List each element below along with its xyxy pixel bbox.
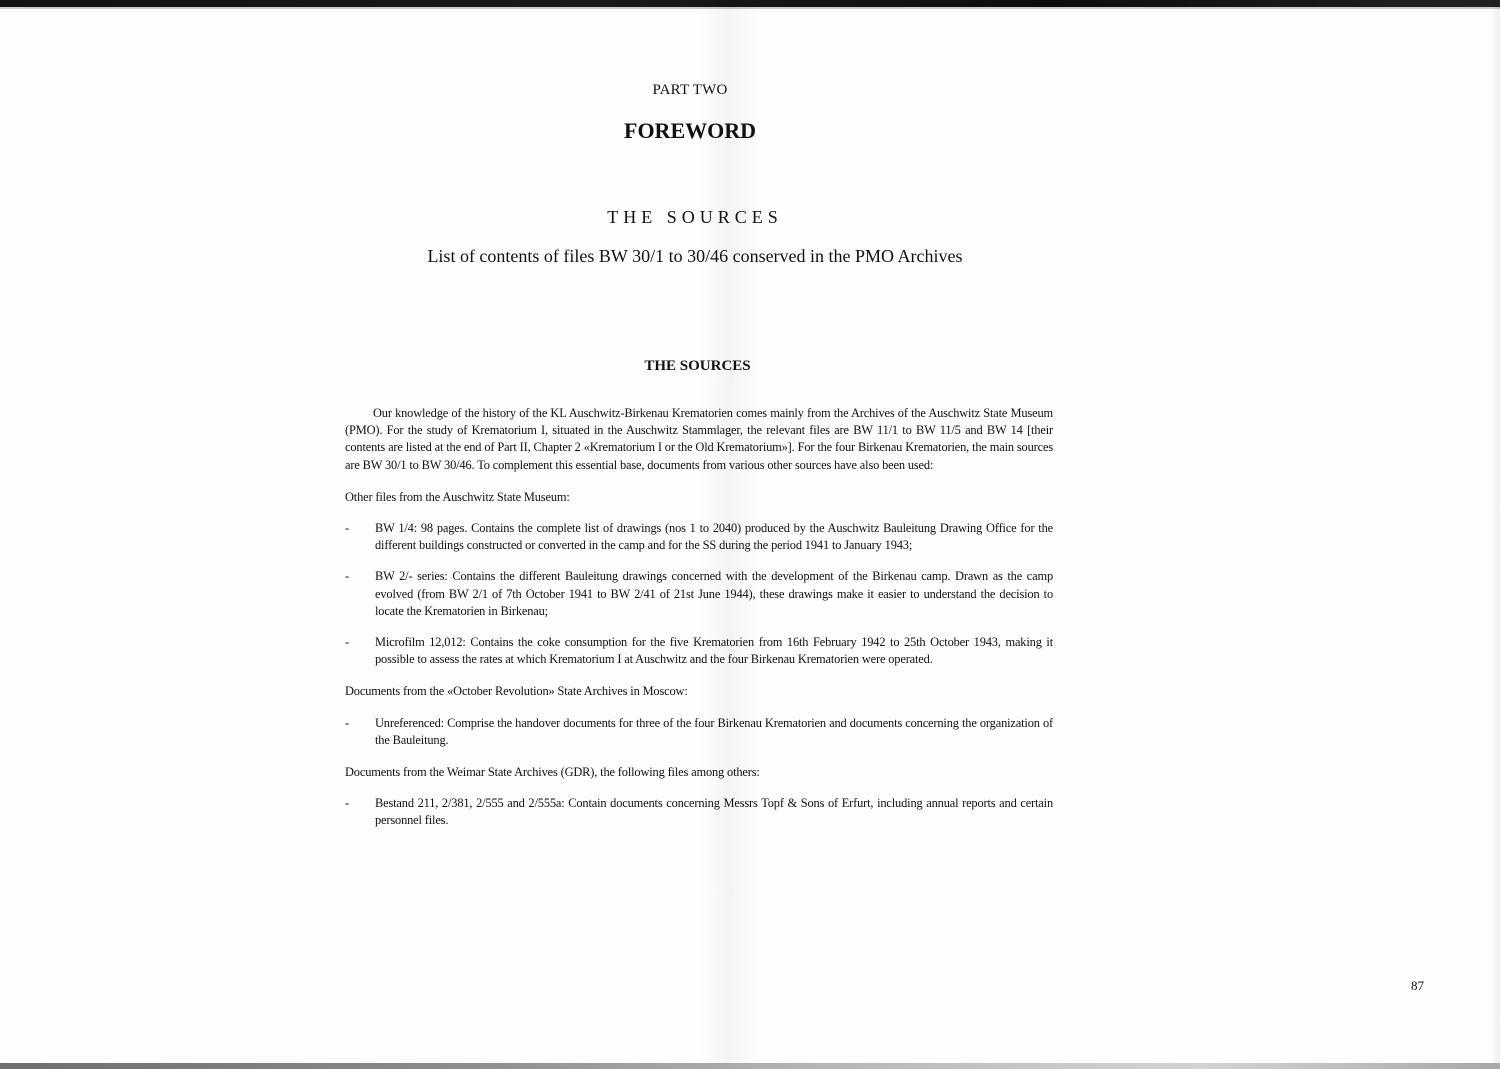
dash-bullet: -	[345, 520, 375, 554]
group-label: Other files from the Auschwitz State Mus…	[345, 489, 1053, 506]
page-title: FOREWORD	[0, 118, 1380, 144]
group-label: Documents from the «October Revolution» …	[345, 683, 1053, 700]
scan-edge-right	[1492, 0, 1500, 1069]
source-group-moscow: Documents from the «October Revolution» …	[345, 683, 1053, 749]
list-item-text: BW 2/- series: Contains the different Ba…	[375, 568, 1053, 620]
list-item-text: BW 1/4: 98 pages. Contains the complete …	[375, 520, 1053, 554]
list-item: - Bestand 211, 2/381, 2/555 and 2/555a: …	[345, 795, 1053, 829]
part-label: PART TWO	[0, 82, 1380, 99]
dash-bullet: -	[345, 795, 375, 829]
list-item-text: Unreferenced: Comprise the handover docu…	[375, 715, 1053, 749]
section-heading: THE SOURCES	[0, 358, 1395, 375]
dash-bullet: -	[345, 634, 375, 668]
source-group-pmo: Other files from the Auschwitz State Mus…	[345, 489, 1053, 669]
list-item-text: Bestand 211, 2/381, 2/555 and 2/555a: Co…	[375, 795, 1053, 829]
scan-edge-bottom	[0, 1063, 1500, 1069]
source-group-weimar: Documents from the Weimar State Archives…	[345, 764, 1053, 830]
group-label: Documents from the Weimar State Archives…	[345, 764, 1053, 781]
dash-bullet: -	[345, 715, 375, 749]
page-number: 87	[1411, 978, 1424, 994]
body-text: Our knowledge of the history of the KL A…	[345, 405, 1053, 830]
list-item: - BW 2/- series: Contains the different …	[345, 568, 1053, 620]
intro-paragraph: Our knowledge of the history of the KL A…	[345, 405, 1053, 474]
list-item: - BW 1/4: 98 pages. Contains the complet…	[345, 520, 1053, 554]
section-title-spaced: THE SOURCES	[0, 207, 1390, 228]
list-title: List of contents of files BW 30/1 to 30/…	[0, 246, 1390, 267]
list-item: - Unreferenced: Comprise the handover do…	[345, 715, 1053, 749]
dash-bullet: -	[345, 568, 375, 620]
list-item: - Microfilm 12,012: Contains the coke co…	[345, 634, 1053, 668]
list-item-text: Microfilm 12,012: Contains the coke cons…	[375, 634, 1053, 668]
